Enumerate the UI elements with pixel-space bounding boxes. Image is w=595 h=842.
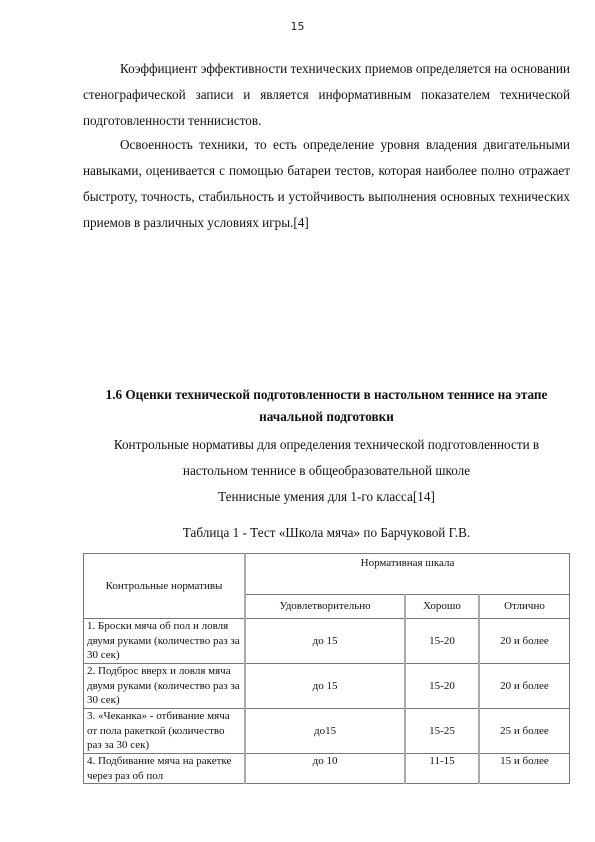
cell-satisfactory: до 15 — [245, 619, 405, 664]
cell-good: 11-15 — [405, 754, 479, 784]
cell-excellent: 20 и более — [479, 664, 570, 709]
row-name: 4. Подбивание мяча на ракетке через раз … — [84, 754, 246, 784]
table-row: 2. Подброс вверх и ловля мяча двумя рука… — [84, 664, 570, 709]
paragraph-text: Освоенность техники, то есть определение… — [83, 132, 570, 236]
cell-satisfactory: до 10 — [245, 754, 405, 784]
table-caption: Таблица 1 - Тест «Школа мяча» по Барчуко… — [83, 525, 570, 541]
row-name: 3. «Чеканка» - отбивание мяча от пола ра… — [84, 709, 246, 754]
paragraph-mastery: Освоенность техники, то есть определение… — [83, 132, 570, 236]
header-good: Хорошо — [405, 594, 479, 618]
header-scale: Нормативная шкала — [245, 554, 570, 595]
cell-excellent: 25 и более — [479, 709, 570, 754]
cell-good: 15-20 — [405, 619, 479, 664]
subtitle-normatives: Контрольные нормативы для определения те… — [83, 432, 570, 484]
header-criteria: Контрольные нормативы — [84, 554, 246, 619]
page-number: 15 — [0, 20, 595, 33]
cell-good: 15-25 — [405, 709, 479, 754]
cell-good: 15-20 — [405, 664, 479, 709]
subtitle-skills: Теннисные умения для 1-го класса[14] — [83, 484, 570, 510]
table-header-row: Контрольные нормативы Нормативная шкала — [84, 554, 570, 595]
cell-satisfactory: до 15 — [245, 664, 405, 709]
row-name: 1. Броски мяча об пол и ловля двумя рука… — [84, 619, 246, 664]
header-excellent: Отлично — [479, 594, 570, 618]
cell-satisfactory: до15 — [245, 709, 405, 754]
table-row: 4. Подбивание мяча на ракетке через раз … — [84, 754, 570, 784]
header-satisfactory: Удовлетворительно — [245, 594, 405, 618]
row-name: 2. Подброс вверх и ловля мяча двумя рука… — [84, 664, 246, 709]
table-row: 3. «Чеканка» - отбивание мяча от пола ра… — [84, 709, 570, 754]
paragraph-text: Коэффициент эффективности технических пр… — [83, 56, 570, 134]
cell-excellent: 15 и более — [479, 754, 570, 784]
table-row: 1. Броски мяча об пол и ловля двумя рука… — [84, 619, 570, 664]
cell-excellent: 20 и более — [479, 619, 570, 664]
section-heading: 1.6 Оценки технической подготовленности … — [83, 384, 570, 428]
paragraph-efficiency: Коэффициент эффективности технических пр… — [83, 56, 570, 134]
norms-table: Контрольные нормативы Нормативная шкала … — [83, 553, 570, 784]
